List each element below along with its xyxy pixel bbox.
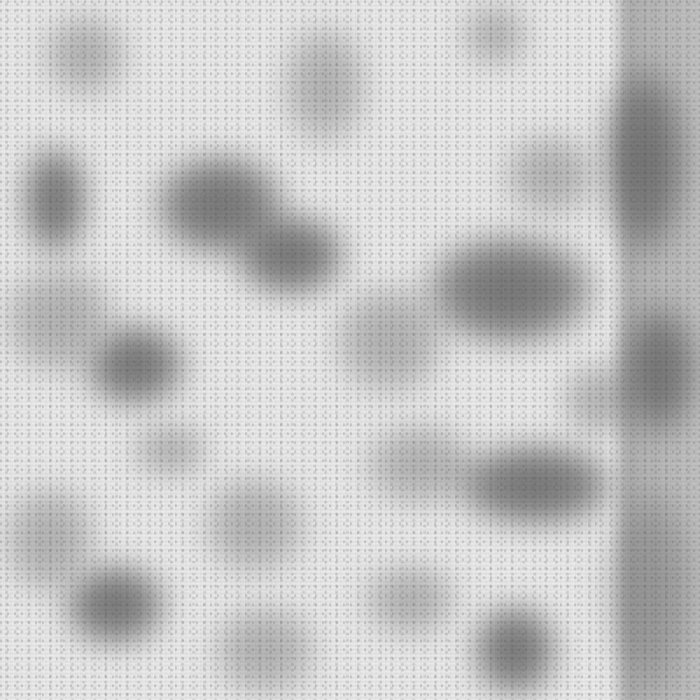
speckle-overlay [0,0,700,700]
rug-texture [0,0,700,700]
